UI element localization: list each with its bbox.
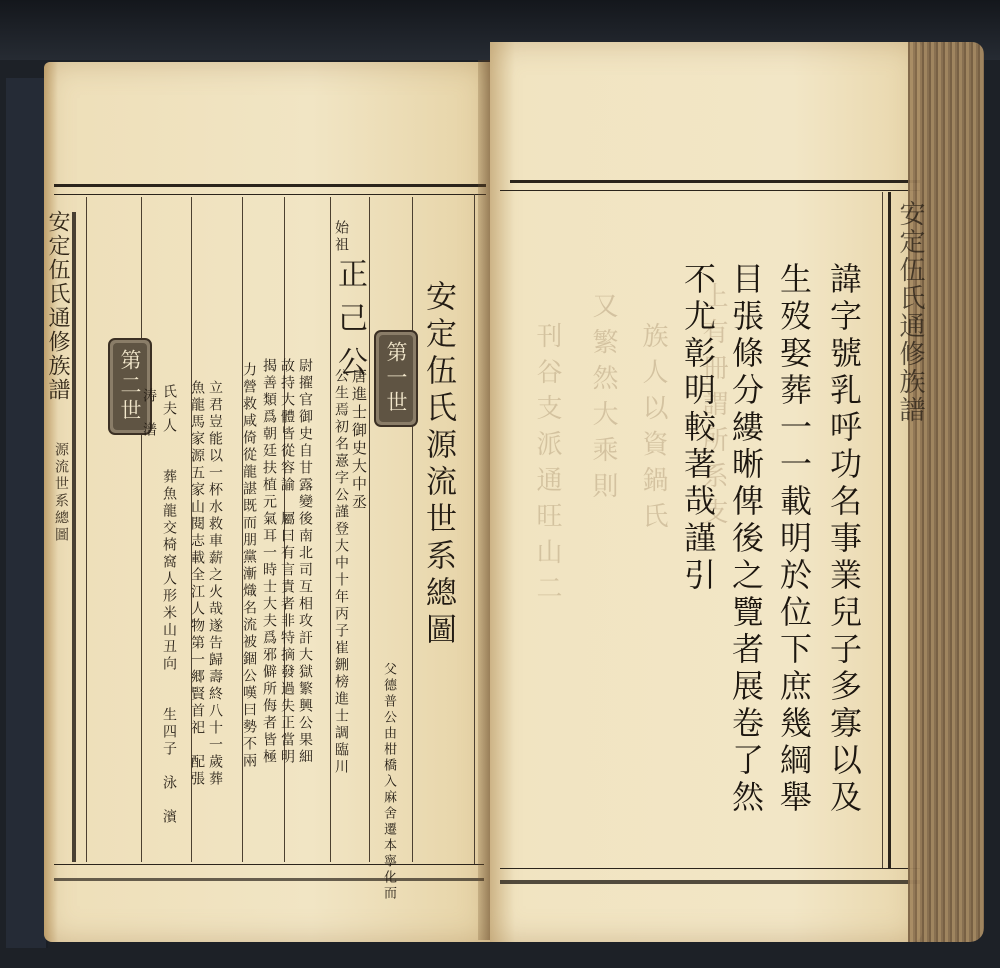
bottom-inner-rule [500, 868, 920, 869]
column-line [369, 197, 370, 862]
bio-column-9: 氏夫人 葬魚龍交椅窩人形米山丑向 生四子 泳 濱 [162, 384, 176, 826]
bottom-border-rule [54, 878, 484, 881]
top-inner-rule [500, 190, 920, 191]
bio-column-2: 公生焉初名憙字公謹登大中十年丙子崔鉶榜進士調臨川 [334, 368, 348, 776]
edge-label: 安定伍氏通修族譜 [892, 200, 929, 424]
bio-column-10: 涛 潽 [142, 388, 156, 439]
page-edges [908, 42, 984, 942]
preface-column-2: 生歿娶葬一一載明於位下庶幾綱舉 [778, 262, 810, 817]
bio-column-5: 揭善類爲朝廷扶植元氣耳一時士大夫爲邪僻所侮者皆極 [262, 358, 276, 766]
bio-column-7: 立君豈能以一杯水救車薪之火哉遂告歸壽終八十一歲葬 [208, 380, 222, 788]
bottom-border-rule [500, 880, 920, 884]
bio-column-6: 力營救咸倚從龍諶既而朋黨漸熾名流被錮公嘆曰勢不兩 [242, 362, 256, 770]
ancestor-label: 始祖 [334, 220, 348, 254]
spine-sublabel: 源流世系總圖 [54, 442, 68, 544]
father-note: 父德普公由柑橋入麻舍遷本寧化而 [382, 662, 395, 902]
top-border-rule [54, 184, 486, 187]
top-inner-rule [54, 194, 486, 195]
bleed-through-text: 又繁然大乘則 [590, 292, 616, 508]
bleed-through-text: 刊谷支派通旺山二 [534, 322, 560, 610]
left-page: 安定伍氏通修族譜 源流世系總圖 安定伍氏源流世系總圖 第一世 第二世 始祖 正己… [44, 62, 490, 942]
bleed-through-text: 族人以資鍋氏 [640, 322, 666, 538]
frame-bar [888, 192, 891, 868]
top-border-rule [510, 180, 920, 183]
column-line [330, 197, 331, 862]
chart-title: 安定伍氏源流世系總圖 [422, 280, 453, 650]
spine-black-bar [72, 212, 76, 862]
column-line [86, 197, 87, 862]
right-page: 上有冊謂所系支 族人以資鍋氏 又繁然大乘則 刊谷支派通旺山二 諱字號乳呼功名事業… [490, 42, 922, 942]
bottom-inner-rule [54, 864, 484, 865]
bio-column-3: 尉擢官御史自甘露變後南北司互相攻訐大獄繁興公果細 [298, 358, 312, 766]
preface-column-3: 目張條分縷晰俾後之覽者展卷了然 [730, 262, 762, 817]
book-cover-edge [6, 78, 48, 948]
frame-line [474, 194, 475, 864]
preface-column-1: 諱字號乳呼功名事業兒子多寡以及 [828, 262, 860, 817]
bio-column-1: 唐進士御史大中丞 [351, 368, 366, 512]
frame-line [882, 192, 883, 868]
bio-column-4: 故持大體皆從容諭𧡴屬曰有言責者非特摘發過失正當明 [280, 358, 294, 766]
generation-seal-first: 第一世 [374, 330, 418, 427]
spine-label: 安定伍氏通修族譜 [46, 210, 68, 402]
preface-column-4: 不尤彰明較著哉謹引 [682, 262, 714, 595]
column-line [412, 197, 413, 862]
column-line [141, 197, 142, 862]
bio-column-8: 魚龍馬家源五家山閱志載全江人物第一郷賢首祀 配張 [190, 380, 204, 788]
